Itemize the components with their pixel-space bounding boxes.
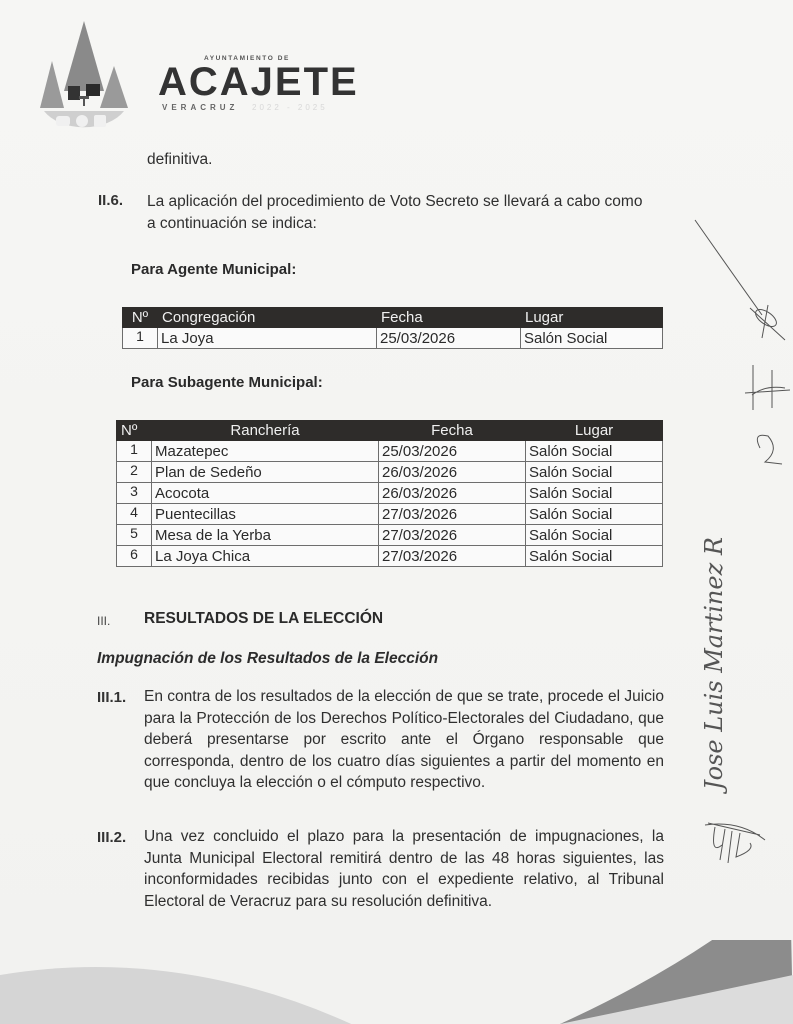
row-name: Acocota — [152, 483, 379, 504]
handwritten-name: Jose Luis Martinez R — [700, 640, 740, 790]
row-name: Mesa de la Yerba — [152, 525, 379, 546]
subagente-title: Para Subagente Municipal: — [131, 374, 323, 391]
row-date: 26/03/2026 — [379, 462, 526, 483]
agente-title: Para Agente Municipal: — [131, 261, 296, 278]
row-place: Salón Social — [521, 328, 663, 349]
row-place: Salón Social — [526, 462, 663, 483]
table-row: 5Mesa de la Yerba27/03/2026Salón Social — [117, 525, 663, 546]
row-number: 4 — [117, 504, 152, 525]
row-date: 25/03/2026 — [379, 441, 526, 462]
row-date: 27/03/2026 — [379, 546, 526, 567]
col-lugar: Lugar — [521, 308, 663, 328]
item-number-II6: II.6. — [98, 192, 123, 209]
col-congregacion: Congregación — [158, 308, 377, 328]
row-place: Salón Social — [526, 504, 663, 525]
row-place: Salón Social — [526, 441, 663, 462]
row-number: 1 — [123, 328, 158, 349]
col-number: Nº — [117, 421, 152, 441]
col-rancheria: Ranchería — [152, 421, 379, 441]
table-row: 6La Joya Chica27/03/2026Salón Social — [117, 546, 663, 567]
row-number: 1 — [117, 441, 152, 462]
agente-table-header: Nº Congregación Fecha Lugar — [123, 308, 663, 328]
item-text-III2: Una vez concluido el plazo para la prese… — [144, 826, 664, 912]
row-date: 27/03/2026 — [379, 525, 526, 546]
footer-wave-decoration-icon — [0, 940, 793, 1024]
col-fecha: Fecha — [377, 308, 521, 328]
section-title-III: RESULTADOS DE LA ELECCIÓN — [144, 610, 383, 628]
item-number-III1: III.1. — [97, 689, 126, 706]
row-date: 27/03/2026 — [379, 504, 526, 525]
col-lugar: Lugar — [526, 421, 663, 441]
row-number: 2 — [117, 462, 152, 483]
row-number: 6 — [117, 546, 152, 567]
col-fecha: Fecha — [379, 421, 526, 441]
row-name: La Joya Chica — [152, 546, 379, 567]
row-date: 26/03/2026 — [379, 483, 526, 504]
initials-signature-icon — [700, 815, 780, 875]
org-state: VERACRUZ — [162, 103, 238, 112]
row-place: Salón Social — [526, 525, 663, 546]
table-row: 3Acocota26/03/2026Salón Social — [117, 483, 663, 504]
item-text-II6: La aplicación del procedimiento de Voto … — [147, 191, 707, 234]
document-page: AYUNTAMIENTO DE ACAJETE VERACRUZ 2022 - … — [0, 0, 793, 1024]
row-name: Mazatepec — [152, 441, 379, 462]
org-years: 2022 - 2025 — [252, 103, 328, 112]
subagente-table: Nº Ranchería Fecha Lugar 1Mazatepec25/03… — [116, 420, 663, 567]
table-row: 4Puentecillas27/03/2026Salón Social — [117, 504, 663, 525]
row-number: 5 — [117, 525, 152, 546]
org-name: ACAJETE — [158, 60, 359, 105]
row-number: 3 — [117, 483, 152, 504]
row-place: Salón Social — [526, 546, 663, 567]
row-date: 25/03/2026 — [377, 328, 521, 349]
row-place: Salón Social — [526, 483, 663, 504]
intro-fragment: definitiva. — [147, 149, 212, 171]
col-number: Nº — [123, 308, 158, 328]
table-row: 1La Joya25/03/2026Salón Social — [123, 328, 663, 349]
row-name: La Joya — [158, 328, 377, 349]
section-subtitle-III: Impugnación de los Resultados de la Elec… — [97, 650, 438, 668]
row-name: Plan de Sedeño — [152, 462, 379, 483]
table-row: 1Mazatepec25/03/2026Salón Social — [117, 441, 663, 462]
item-text-III1: En contra de los resultados de la elecci… — [144, 686, 664, 794]
section-number-III: III. — [97, 614, 110, 628]
item-text-II6-line2: a continuación se indica: — [147, 213, 707, 235]
acajete-logo-icon — [34, 16, 134, 136]
subagente-table-header: Nº Ranchería Fecha Lugar — [117, 421, 663, 441]
item-text-II6-line1: La aplicación del procedimiento de Voto … — [147, 191, 707, 213]
table-row: 2Plan de Sedeño26/03/2026Salón Social — [117, 462, 663, 483]
row-name: Puentecillas — [152, 504, 379, 525]
item-number-III2: III.2. — [97, 829, 126, 846]
agente-table: Nº Congregación Fecha Lugar 1La Joya25/0… — [122, 307, 663, 349]
